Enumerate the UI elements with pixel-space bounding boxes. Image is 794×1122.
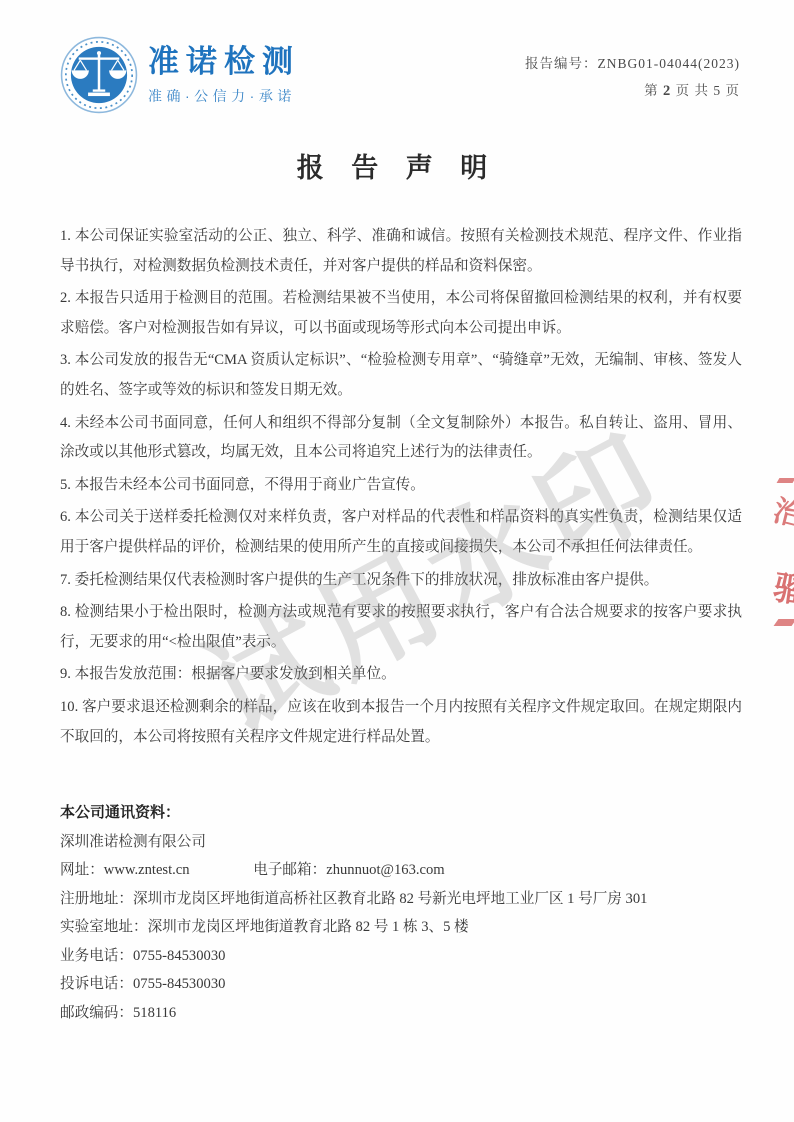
statement-4: 4. 未经本公司书面同意，任何人和组织不得部分复制（全文复制除外）本报告。私自转… (60, 409, 742, 468)
statement-7: 7. 委托检测结果仅代表检测时客户提供的生产工况条件下的排放状况，排放标准由客户… (60, 566, 742, 596)
complaint-phone-row: 投诉电话：0755-84530030 (60, 970, 742, 999)
report-meta: 报告编号：ZNBG01-04044(2023) 第 2 页 共 5 页 (525, 36, 740, 105)
business-phone-label: 业务电话： (60, 948, 133, 964)
postal-code-label: 邮政编码： (60, 1005, 133, 1021)
page-title: 报 告 声 明 (0, 146, 794, 185)
email-value: zhunnuot@163.com (326, 862, 444, 878)
lab-address-value: 深圳市龙岗区坪地街道教育北路 82 号 1 栋 3、5 楼 (148, 919, 469, 935)
red-seal-fragment-bottom: 骝 (758, 562, 794, 652)
contact-heading: 本公司通讯资料： (60, 799, 742, 828)
statement-5: 5. 本报告未经本公司书面同意，不得用于商业广告宣传。 (60, 471, 742, 501)
page-header: 准诺检测 准确·公信力·承诺 报告编号：ZNBG01-04044(2023) 第… (60, 36, 740, 114)
report-page: 准诺检测 准确·公信力·承诺 报告编号：ZNBG01-04044(2023) 第… (0, 0, 794, 1122)
registered-address-row: 注册地址：深圳市龙岗区坪地街道高桥社区教育北路 82 号新光电坪地工业厂区 1 … (60, 885, 742, 914)
statement-8: 8. 检测结果小于检出限时，检测方法或规范有要求的按照要求执行，客户有合法合规要… (60, 598, 742, 657)
complaint-phone-label: 投诉电话： (60, 976, 133, 992)
email-item: 电子邮箱：zhunnuot@163.com (253, 856, 444, 885)
total-page-number: 5 (713, 83, 721, 98)
page-prefix: 第 (644, 83, 663, 98)
brand-text: 准诺检测 准确·公信力·承诺 (148, 36, 300, 106)
red-seal-stroke (777, 478, 794, 483)
report-number-value: ZNBG01-04044(2023) (598, 56, 741, 71)
business-phone-row: 业务电话：0755-84530030 (60, 942, 742, 971)
brand-block: 准诺检测 准确·公信力·承诺 (60, 36, 300, 114)
red-seal-fragment-top: 治 (760, 476, 794, 546)
page-suffix: 页 (721, 83, 740, 98)
statement-10: 10. 客户要求退还检测剩余的样品，应该在收到本报告一个月内按照有关程序文件规定… (60, 693, 742, 752)
website-label: 网址： (60, 862, 104, 878)
postal-code-row: 邮政编码：518116 (60, 999, 742, 1028)
contact-web-email-row: 网址：www.zntest.cn 电子邮箱：zhunnuot@163.com (60, 856, 742, 885)
statement-9: 9. 本报告发放范围：根据客户要求发放到相关单位。 (60, 660, 742, 690)
page-mid: 页 共 (671, 83, 713, 98)
website-value: www.zntest.cn (104, 862, 190, 878)
red-seal-glyph: 治 (769, 486, 794, 537)
complaint-phone-value: 0755-84530030 (133, 976, 225, 992)
report-number-line: 报告编号：ZNBG01-04044(2023) (525, 50, 740, 77)
postal-code-value: 518116 (133, 1005, 176, 1021)
email-label: 电子邮箱： (253, 862, 326, 878)
current-page-number: 2 (663, 83, 671, 99)
registered-address-label: 注册地址： (60, 891, 133, 907)
website-item: 网址：www.zntest.cn (60, 856, 190, 885)
statement-1: 1. 本公司保证实验室活动的公正、独立、科学、准确和诚信。按照有关检测技术规范、… (60, 222, 742, 281)
lab-address-row: 实验室地址：深圳市龙岗区坪地街道教育北路 82 号 1 栋 3、5 楼 (60, 913, 742, 942)
statement-2: 2. 本报告只适用于检测目的范围。若检测结果被不当使用，本公司将保留撤回检测结果… (60, 284, 742, 343)
registered-address-value: 深圳市龙岗区坪地街道高桥社区教育北路 82 号新光电坪地工业厂区 1 号厂房 3… (133, 891, 647, 907)
contact-section: 本公司通讯资料： 深圳准诺检测有限公司 网址：www.zntest.cn 电子邮… (60, 799, 742, 1027)
page-number-line: 第 2 页 共 5 页 (525, 77, 740, 105)
statements-section: 1. 本公司保证实验室活动的公正、独立、科学、准确和诚信。按照有关检测技术规范、… (60, 222, 742, 755)
statement-6: 6. 本公司关于送样委托检测仅对来样负责，客户对样品的代表性和样品资料的真实性负… (60, 503, 742, 562)
red-seal-glyph: 骝 (771, 562, 794, 613)
red-seal-stroke (774, 619, 794, 626)
business-phone-value: 0755-84530030 (133, 948, 225, 964)
brand-tagline: 准确·公信力·承诺 (148, 86, 300, 106)
lab-address-label: 实验室地址： (60, 919, 148, 935)
brand-name: 准诺检测 (148, 46, 300, 77)
statement-3: 3. 本公司发放的报告无“CMA 资质认定标识”、“检验检测专用章”、“骑缝章”… (60, 346, 742, 405)
report-number-label: 报告编号： (525, 56, 598, 71)
contact-company-name: 深圳准诺检测有限公司 (60, 828, 742, 857)
company-logo-scales-icon (60, 36, 138, 114)
